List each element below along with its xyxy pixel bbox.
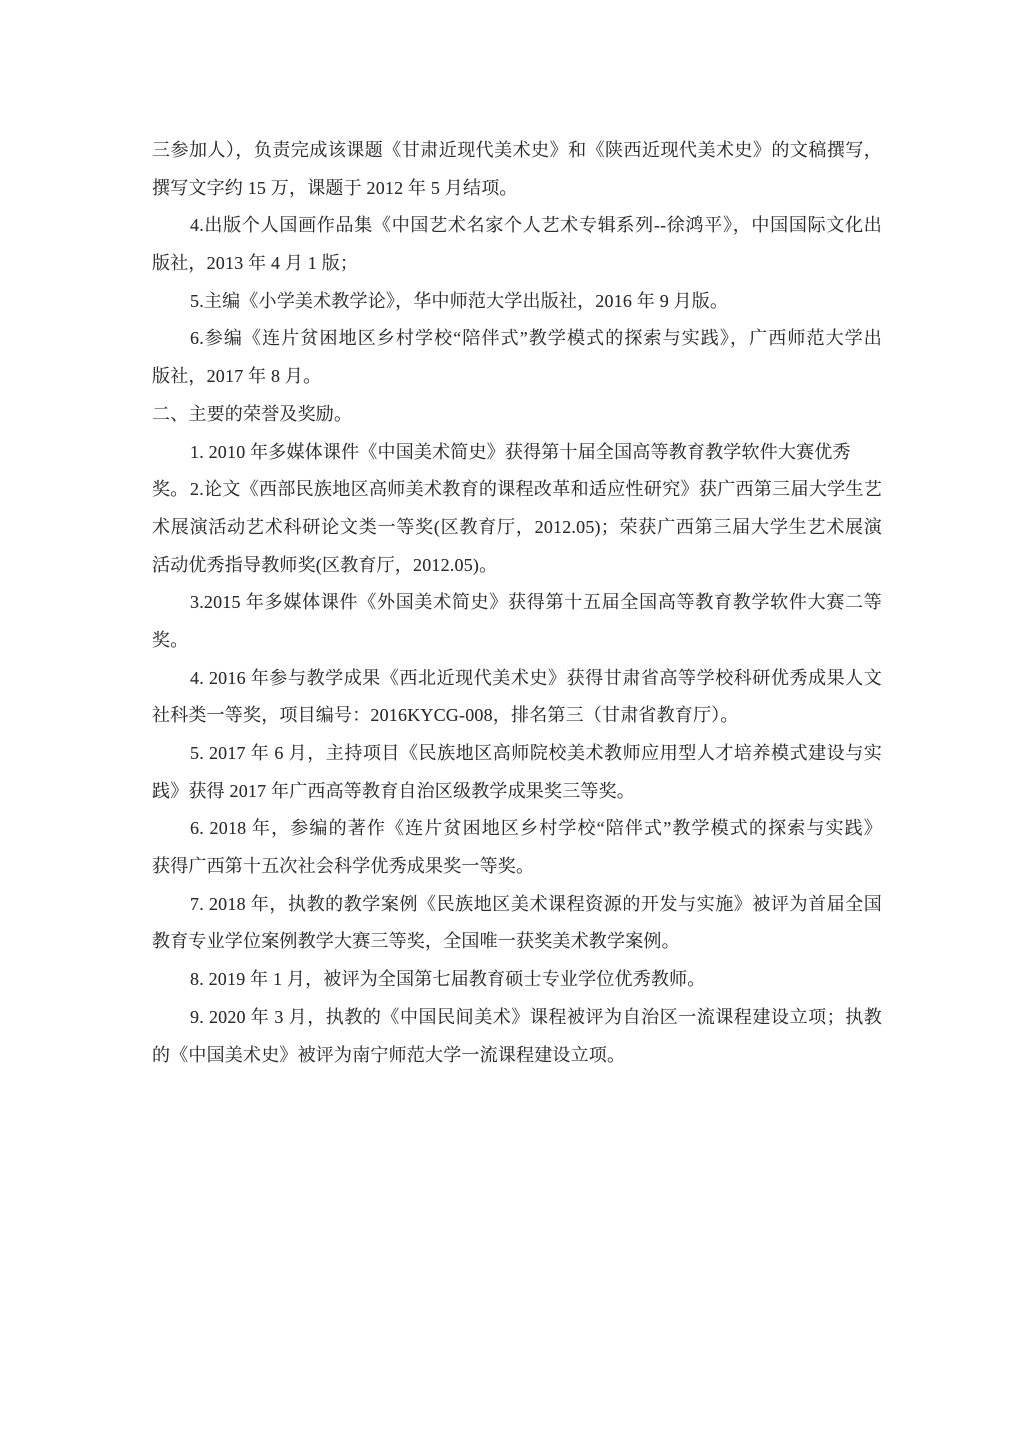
document-page: 三参加人），负责完成该课题《甘肃近现代美术史》和《陕西近现代美术史》的文稿撰写，… [0, 0, 1024, 1448]
award-item-7: 7. 2018 年，执教的教学案例《民族地区美术课程资源的开发与实施》被评为首届… [152, 886, 882, 924]
text-line: 术展演活动艺术科研论文类一等奖(区教育厅，2012.05)；荣获广西第三届大学生… [152, 509, 882, 547]
document-text-block: 三参加人），负责完成该课题《甘肃近现代美术史》和《陕西近现代美术史》的文稿撰写，… [152, 132, 882, 1074]
text-line: 践》获得 2017 年广西高等教育自治区级教学成果奖三等奖。 [152, 773, 882, 811]
award-item-3: 3.2015 年多媒体课件《外国美术简史》获得第十五届全国高等教育教学软件大赛二… [152, 584, 882, 622]
award-item-9: 9. 2020 年 3 月，执教的《中国民间美术》课程被评为自治区一流课程建设立… [152, 999, 882, 1037]
list-item-4-pub: 4.出版个人国画作品集《中国艺术名家个人艺术专辑系列--徐鸿平》，中国国际文化出 [152, 207, 882, 245]
text-line: 奖。 [152, 622, 882, 660]
text-line: 教育专业学位案例教学大赛三等奖，全国唯一获奖美术教学案例。 [152, 923, 882, 961]
text-line: 三参加人），负责完成该课题《甘肃近现代美术史》和《陕西近现代美术史》的文稿撰写， [152, 132, 882, 170]
award-item-5: 5. 2017 年 6 月，主持项目《民族地区高师院校美术教师应用型人才培养模式… [152, 735, 882, 773]
award-item-8: 8. 2019 年 1 月，被评为全国第七届教育硕士专业学位优秀教师。 [152, 961, 882, 999]
text-line: 撰写文字约 15 万，课题于 2012 年 5 月结项。 [152, 170, 882, 208]
award-item-4: 4. 2016 年参与教学成果《西北近现代美术史》获得甘肃省高等学校科研优秀成果… [152, 660, 882, 698]
list-item-6-pub: 6.参编《连片贫困地区乡村学校“陪伴式”教学模式的探索与实践》，广西师范大学出 [152, 320, 882, 358]
text-line: 版社，2013 年 4 月 1 版； [152, 245, 882, 283]
award-item-6: 6. 2018 年，参编的著作《连片贫困地区乡村学校“陪伴式”教学模式的探索与实… [152, 810, 882, 848]
section-heading: 二、主要的荣誉及奖励。 [152, 396, 882, 434]
text-line: 版社，2017 年 8 月。 [152, 358, 882, 396]
text-line: 的《中国美术史》被评为南宁师范大学一流课程建设立项。 [152, 1037, 882, 1075]
list-item-5-pub: 5.主编《小学美术教学论》，华中师范大学出版社，2016 年 9 月版。 [152, 283, 882, 321]
text-line: 获得广西第十五次社会科学优秀成果奖一等奖。 [152, 848, 882, 886]
text-line: 社科类一等奖，项目编号：2016KYCG-008，排名第三（甘肃省教育厅）。 [152, 697, 882, 735]
award-item-1: 1. 2010 年多媒体课件《中国美术简史》获得第十届全国高等教育教学软件大赛优… [152, 434, 882, 472]
text-line: 活动优秀指导教师奖(区教育厅，2012.05)。 [152, 547, 882, 585]
award-item-2: 2.论文《西部民族地区高师美术教育的课程改革和适应性研究》获广西第三届大学生艺 [152, 471, 882, 509]
